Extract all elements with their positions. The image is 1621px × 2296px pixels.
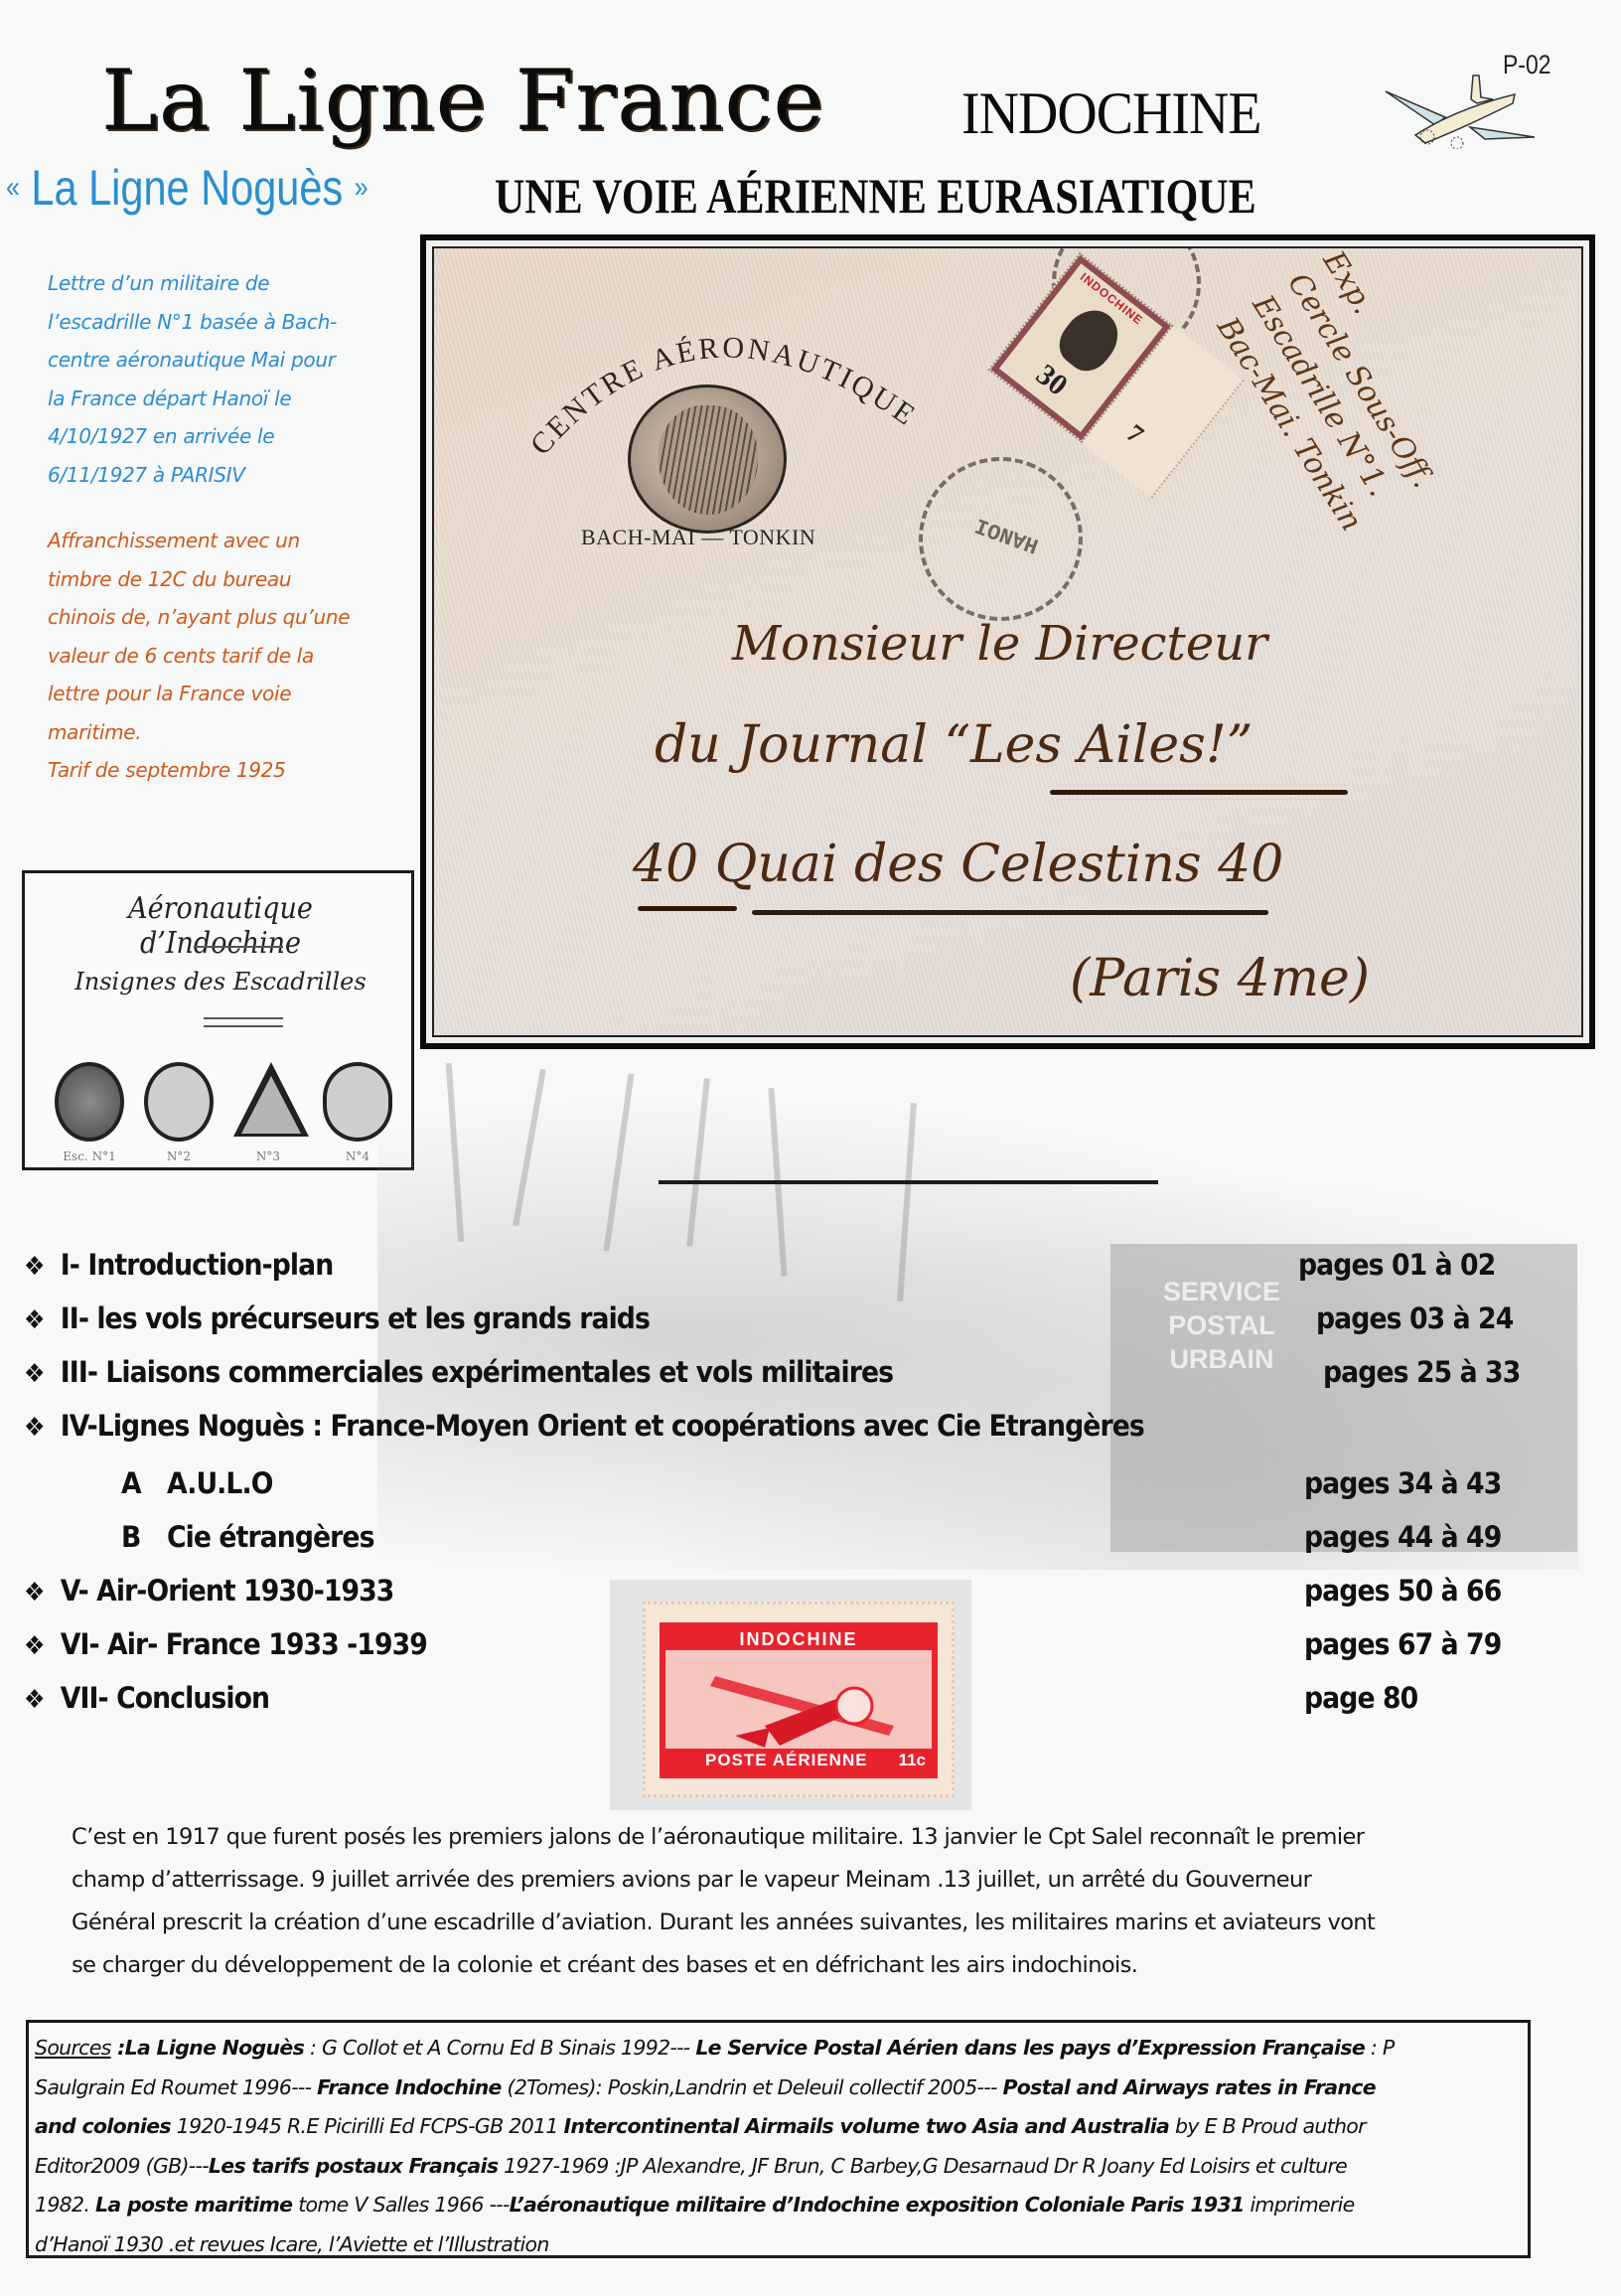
toc-item: ❖VI- Air- France 1933 -1939 bbox=[24, 1627, 427, 1661]
paragraph-line: Général prescrit la création d’une escad… bbox=[72, 1902, 1581, 1944]
toc-page-range: pages 25 à 33 bbox=[1323, 1355, 1520, 1389]
diamond-bullet-icon: ❖ bbox=[24, 1252, 61, 1282]
note-line: Lettre d’un militaire de bbox=[48, 264, 405, 303]
monoplane-icon bbox=[695, 1656, 914, 1756]
source-line: 1982. La poste maritime tome V Salles 19… bbox=[35, 2186, 1520, 2225]
squadron-badge-2: N°2 bbox=[144, 1062, 214, 1142]
paragraph-line: C’est en 1917 que furent posés les premi… bbox=[72, 1816, 1581, 1859]
airplane-icon bbox=[1376, 70, 1545, 149]
note-line: Affranchissement avec un bbox=[48, 522, 405, 560]
toc-page-range: pages 67 à 79 bbox=[1304, 1627, 1501, 1661]
address-line: Monsieur le Directeur bbox=[732, 616, 1267, 672]
toc-item: ❖IV-Lignes Noguès : France-Moyen Orient … bbox=[24, 1409, 1144, 1443]
address-line: du Journal “Les Ailes!” bbox=[655, 715, 1253, 775]
diamond-bullet-icon: ❖ bbox=[24, 1305, 61, 1335]
subtitle-highlight: « La Ligne Noguès » bbox=[6, 159, 442, 217]
truck-sign: SERVICE POSTAL URBAIN bbox=[1122, 1275, 1321, 1376]
toc-page-range: pages 01 à 02 bbox=[1298, 1248, 1495, 1282]
squadron-badge-3: N°3 bbox=[233, 1062, 303, 1142]
tiger-seal-icon bbox=[628, 384, 787, 534]
diamond-bullet-icon: ❖ bbox=[24, 1413, 61, 1443]
letter-description: Lettre d’un militaire del’escadrille N°1… bbox=[48, 264, 405, 494]
insignia-subtitle: Insignes des Escadrilles bbox=[37, 968, 404, 995]
paragraph-line: champ d’atterrissage. 9 juillet arrivée … bbox=[72, 1859, 1581, 1902]
toc-item: ❖VII- Conclusion bbox=[24, 1681, 269, 1715]
source-line: Sources :La Ligne Noguès : G Collot et A… bbox=[35, 2029, 1520, 2068]
source-line: Saulgrain Ed Roumet 1996--- France Indoc… bbox=[35, 2068, 1520, 2108]
subtitle: UNE VOIE AÉRIENNE EURASIATIQUE bbox=[495, 167, 1256, 225]
note-line: la France départ Hanoï le bbox=[48, 380, 405, 418]
diamond-bullet-icon: ❖ bbox=[24, 1631, 61, 1661]
toc-page-range: pages 50 à 66 bbox=[1304, 1574, 1501, 1607]
toc-page-range: page 80 bbox=[1304, 1681, 1417, 1715]
diamond-bullet-icon: ❖ bbox=[24, 1359, 61, 1389]
toc-item: ❖I- Introduction-plan bbox=[24, 1248, 333, 1282]
source-line: Editor2009 (GB)---Les tarifs postaux Fra… bbox=[35, 2147, 1520, 2187]
sources-box: Sources :La Ligne Noguès : G Collot et A… bbox=[26, 2020, 1531, 2258]
note-line: centre aéronautique Mai pour bbox=[48, 341, 405, 380]
divider bbox=[659, 1180, 1158, 1184]
toc-item: AA.U.L.O bbox=[121, 1466, 272, 1500]
diamond-bullet-icon: ❖ bbox=[24, 1578, 61, 1607]
airmail-stamp: INDOCHINE POSTE AÉRIENNE 11c bbox=[643, 1602, 955, 1797]
source-line: d’Hanoï 1930 .et revues Icare, l’Aviette… bbox=[35, 2225, 1520, 2265]
note-line: lettre pour la France voie bbox=[48, 675, 405, 713]
postage-description: Affranchissement avec untimbre de 12C du… bbox=[48, 522, 405, 790]
page-number: P-02 bbox=[1503, 50, 1550, 80]
address-line: (Paris 4me) bbox=[1070, 949, 1370, 1008]
toc-page-range: pages 44 à 49 bbox=[1304, 1520, 1501, 1554]
note-line: 6/11/1927 à PARISIV bbox=[48, 456, 405, 495]
envelope-image: CENTRE AÉRONAUTIQUE BACH-MAI — TONKIN HA… bbox=[420, 234, 1595, 1049]
source-line: and colonies 1920-1945 R.E Picirilli Ed … bbox=[35, 2107, 1520, 2147]
toc-page-range: pages 34 à 43 bbox=[1304, 1466, 1501, 1500]
note-line: chinois de, n’ayant plus qu’une bbox=[48, 598, 405, 637]
letterhead-location: BACH-MAI — TONKIN bbox=[581, 525, 815, 550]
note-line: timbre de 12C du bureau bbox=[48, 560, 405, 599]
toc-item: ❖III- Liaisons commerciales expérimental… bbox=[24, 1355, 893, 1389]
region-title: INDOCHINE bbox=[961, 79, 1261, 148]
paragraph-line: se charger du développement de la coloni… bbox=[72, 1944, 1581, 1987]
note-line: Tarif de septembre 1925 bbox=[48, 751, 405, 790]
intro-paragraph: C’est en 1917 que furent posés les premi… bbox=[72, 1816, 1581, 1987]
squadron-badge-1: Esc. N°1 bbox=[55, 1062, 124, 1142]
toc-item: ❖V- Air-Orient 1930-1933 bbox=[24, 1574, 393, 1607]
toc-page-range: pages 03 à 24 bbox=[1316, 1301, 1513, 1335]
note-line: 4/10/1927 en arrivée le bbox=[48, 417, 405, 456]
note-line: valeur de 6 cents tarif de la bbox=[48, 637, 405, 676]
note-line: l’escadrille N°1 basée à Bach- bbox=[48, 303, 405, 342]
note-line: maritime. bbox=[48, 713, 405, 752]
toc-item: ❖II- les vols précurseurs et les grands … bbox=[24, 1301, 650, 1335]
toc-item: BCie étrangères bbox=[121, 1520, 374, 1554]
address-line: 40 Quai des Celestins 40 bbox=[633, 835, 1283, 894]
page-title: La Ligne France bbox=[101, 52, 824, 149]
insignia-title: Aéronautique d’Indochine bbox=[56, 891, 386, 961]
insignia-panel: Aéronautique d’Indochine Insignes des Es… bbox=[22, 870, 414, 1170]
diamond-bullet-icon: ❖ bbox=[24, 1685, 61, 1715]
